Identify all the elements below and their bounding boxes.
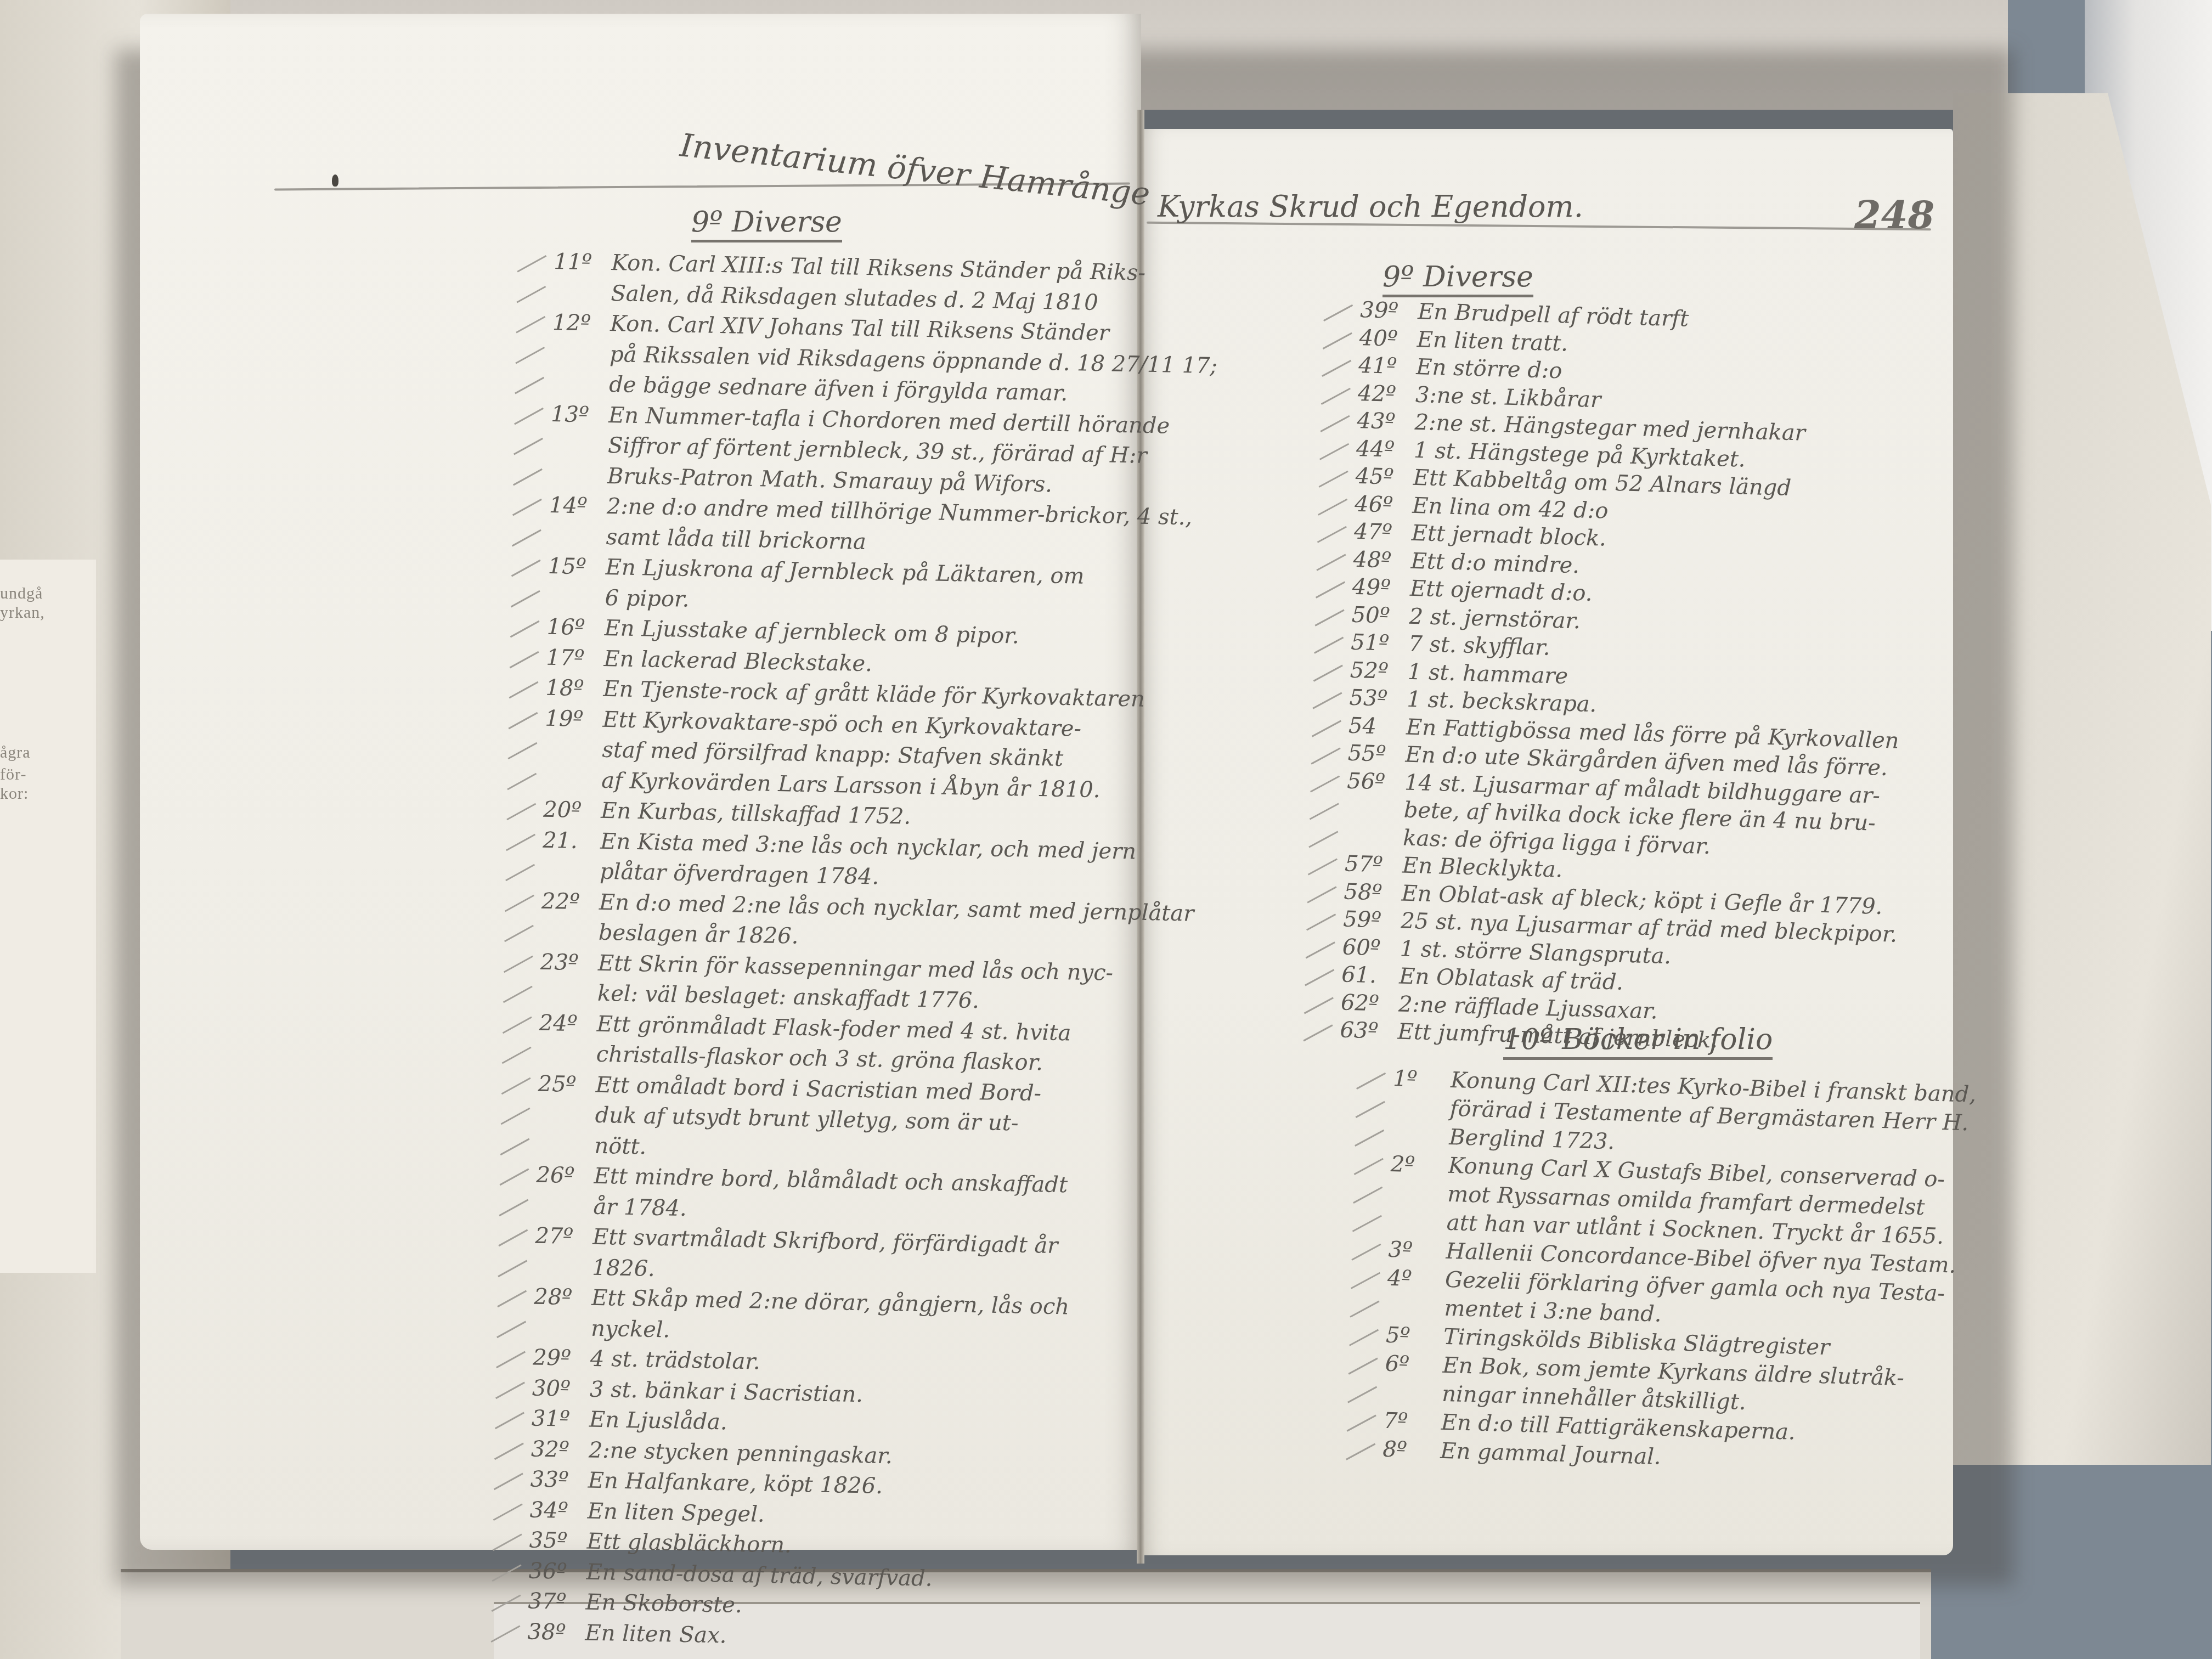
margin-mark-icon [332,174,338,187]
entry-number: 36º [528,1556,586,1588]
entry-number: 24º [539,1008,597,1040]
entry-number: 21. [543,825,601,857]
entry-number: 19º [545,703,603,735]
entry-number: 17º [546,642,604,674]
entry-number: 35º [529,1526,587,1558]
book-list-right: 1ºKonung Carl XII:tes Kyrko-Bibel i fran… [1383,1064,1977,1480]
entry-text: Ett d:o mindre. [1410,547,1580,579]
entry-text: 4 st. trädstolar. [590,1344,761,1378]
entry-number: 52º [1350,656,1408,685]
entry-text: En större d:o [1416,353,1562,385]
entry-number: 14º [549,490,607,522]
entry-number: 3º [1388,1235,1446,1266]
entry-text: En liten tratt. [1417,325,1568,357]
entry-text: En Halfankare, köpt 1826. [588,1466,883,1502]
entry-number: 46º [1355,490,1413,519]
entry-number: 55º [1347,740,1406,769]
entry-number: 37º [528,1587,586,1618]
entry-number: 30º [532,1373,590,1405]
entry-number: 40º [1359,324,1417,353]
entry-number: 5º [1385,1321,1443,1351]
entry-number: 59º [1343,906,1401,935]
entry-text: En Ljuslåda. [589,1405,727,1438]
entry-text: 3 st. bänkar i Sacristian. [589,1374,863,1410]
entry-number: 6º [1385,1350,1443,1380]
entry-number: 23º [540,947,598,979]
entry-number: 15º [548,551,606,583]
entry-number: 57º [1344,850,1402,879]
entry-number: 22º [541,886,600,918]
entry-number: 54 [1348,712,1406,741]
entry-number: 31º [531,1404,589,1436]
entry-text: Ett glasbläckhorn. [586,1527,792,1561]
entry-number: 41º [1358,352,1417,381]
entry-number: 12º [552,308,611,340]
entry-text: nyckel. [591,1313,670,1345]
page-number: 248 [1854,192,1934,238]
entry-number: 27º [535,1221,593,1253]
entry-number: 16º [546,612,605,644]
printed-text: ågra [0,743,31,762]
entry-text: En liten Spegel. [587,1496,765,1530]
entry-text: beslagen år 1826. [598,918,798,952]
entry-number: 13º [551,399,609,431]
entry-text: 2 st. jernstörar. [1409,602,1581,635]
printed-text: yrkan, [0,603,45,622]
entry-text: år 1784. [593,1192,687,1224]
ledger-title-right: Kyrkas Skrud och Egendom. [1158,189,1583,224]
entry-text: 1826. [592,1252,656,1284]
entry-number: 2º [1390,1150,1448,1180]
entry-text: Berglind 1723. [1449,1123,1615,1156]
entry-number: 18º [545,673,603,705]
entry-number: 39º [1360,296,1418,325]
entry-number: 28º [534,1282,592,1314]
entry-text: nött. [594,1131,647,1162]
entry-text: Ett ojernadt d:o. [1409,575,1593,608]
entry-number: 62º [1340,989,1398,1018]
entry-number: 47º [1353,518,1412,547]
entry-text: samt låda till brickorna [606,522,866,557]
entry-number: 11º [554,247,612,279]
printed-sheet-fragment: undgå yrkan, ågra för- kor: [0,560,96,1273]
entry-number: 43º [1357,407,1415,436]
entry-number: 1º [1393,1064,1451,1094]
entry-number: 53º [1349,684,1407,713]
entry-text: plåtar öfverdragen 1784. [600,857,879,893]
entry-text: En lackerad Bleckstake. [603,644,872,679]
printed-text: kor: [0,785,29,803]
entry-number: 38º [527,1617,585,1649]
entry-text: 7 st. skyfflar. [1408,630,1551,662]
entry-number: 60º [1342,933,1400,962]
inventory-list-right: 39ºEn Brudpell af rödt tarft40ºEn liten … [1340,296,1915,1059]
section-heading-books: 10º Böcker in folio [1503,1023,1773,1060]
entry-number: 29º [533,1343,591,1375]
entry-number: 33º [530,1465,588,1497]
entry-number: 49º [1352,573,1410,602]
entry-text: En Blecklykta. [1402,852,1563,884]
entry-number: 48º [1353,545,1411,574]
entry-text: En Skoborste. [585,1588,742,1621]
entry-number: 44º [1356,435,1414,464]
section-heading-diverse-cont: 9º Diverse [1383,261,1533,297]
entry-text: En liten Sax. [585,1618,727,1651]
entry-number: 7º [1383,1407,1441,1437]
entry-number: 4º [1387,1264,1445,1294]
entry-number: 20º [543,795,601,827]
entry-number: 50º [1351,601,1409,630]
entry-number: 34º [529,1495,588,1527]
entry-number: 32º [531,1434,589,1466]
entry-text: 1 st. hammare [1407,658,1568,690]
entry-number: 26º [536,1160,594,1192]
printed-text: för- [0,765,26,784]
section-heading-diverse: 9º Diverse [691,206,842,242]
entry-number: 25º [538,1069,596,1101]
entry-number: 56º [1347,767,1405,796]
entry-number: 63º [1340,1016,1398,1045]
entry-number: 61. [1341,961,1400,990]
entry-number: 51º [1351,629,1409,658]
entry-number: 58º [1344,878,1402,907]
entry-number: 8º [1383,1435,1441,1465]
printed-text: undgå [0,584,43,603]
entry-number: 42º [1357,379,1415,408]
inventory-list-left: 11ºKon. Carl XIII:s Tal till Riksens Stä… [527,247,1220,1659]
entry-number: 45º [1355,462,1413,492]
entry-text: 6 pipor. [605,583,690,614]
